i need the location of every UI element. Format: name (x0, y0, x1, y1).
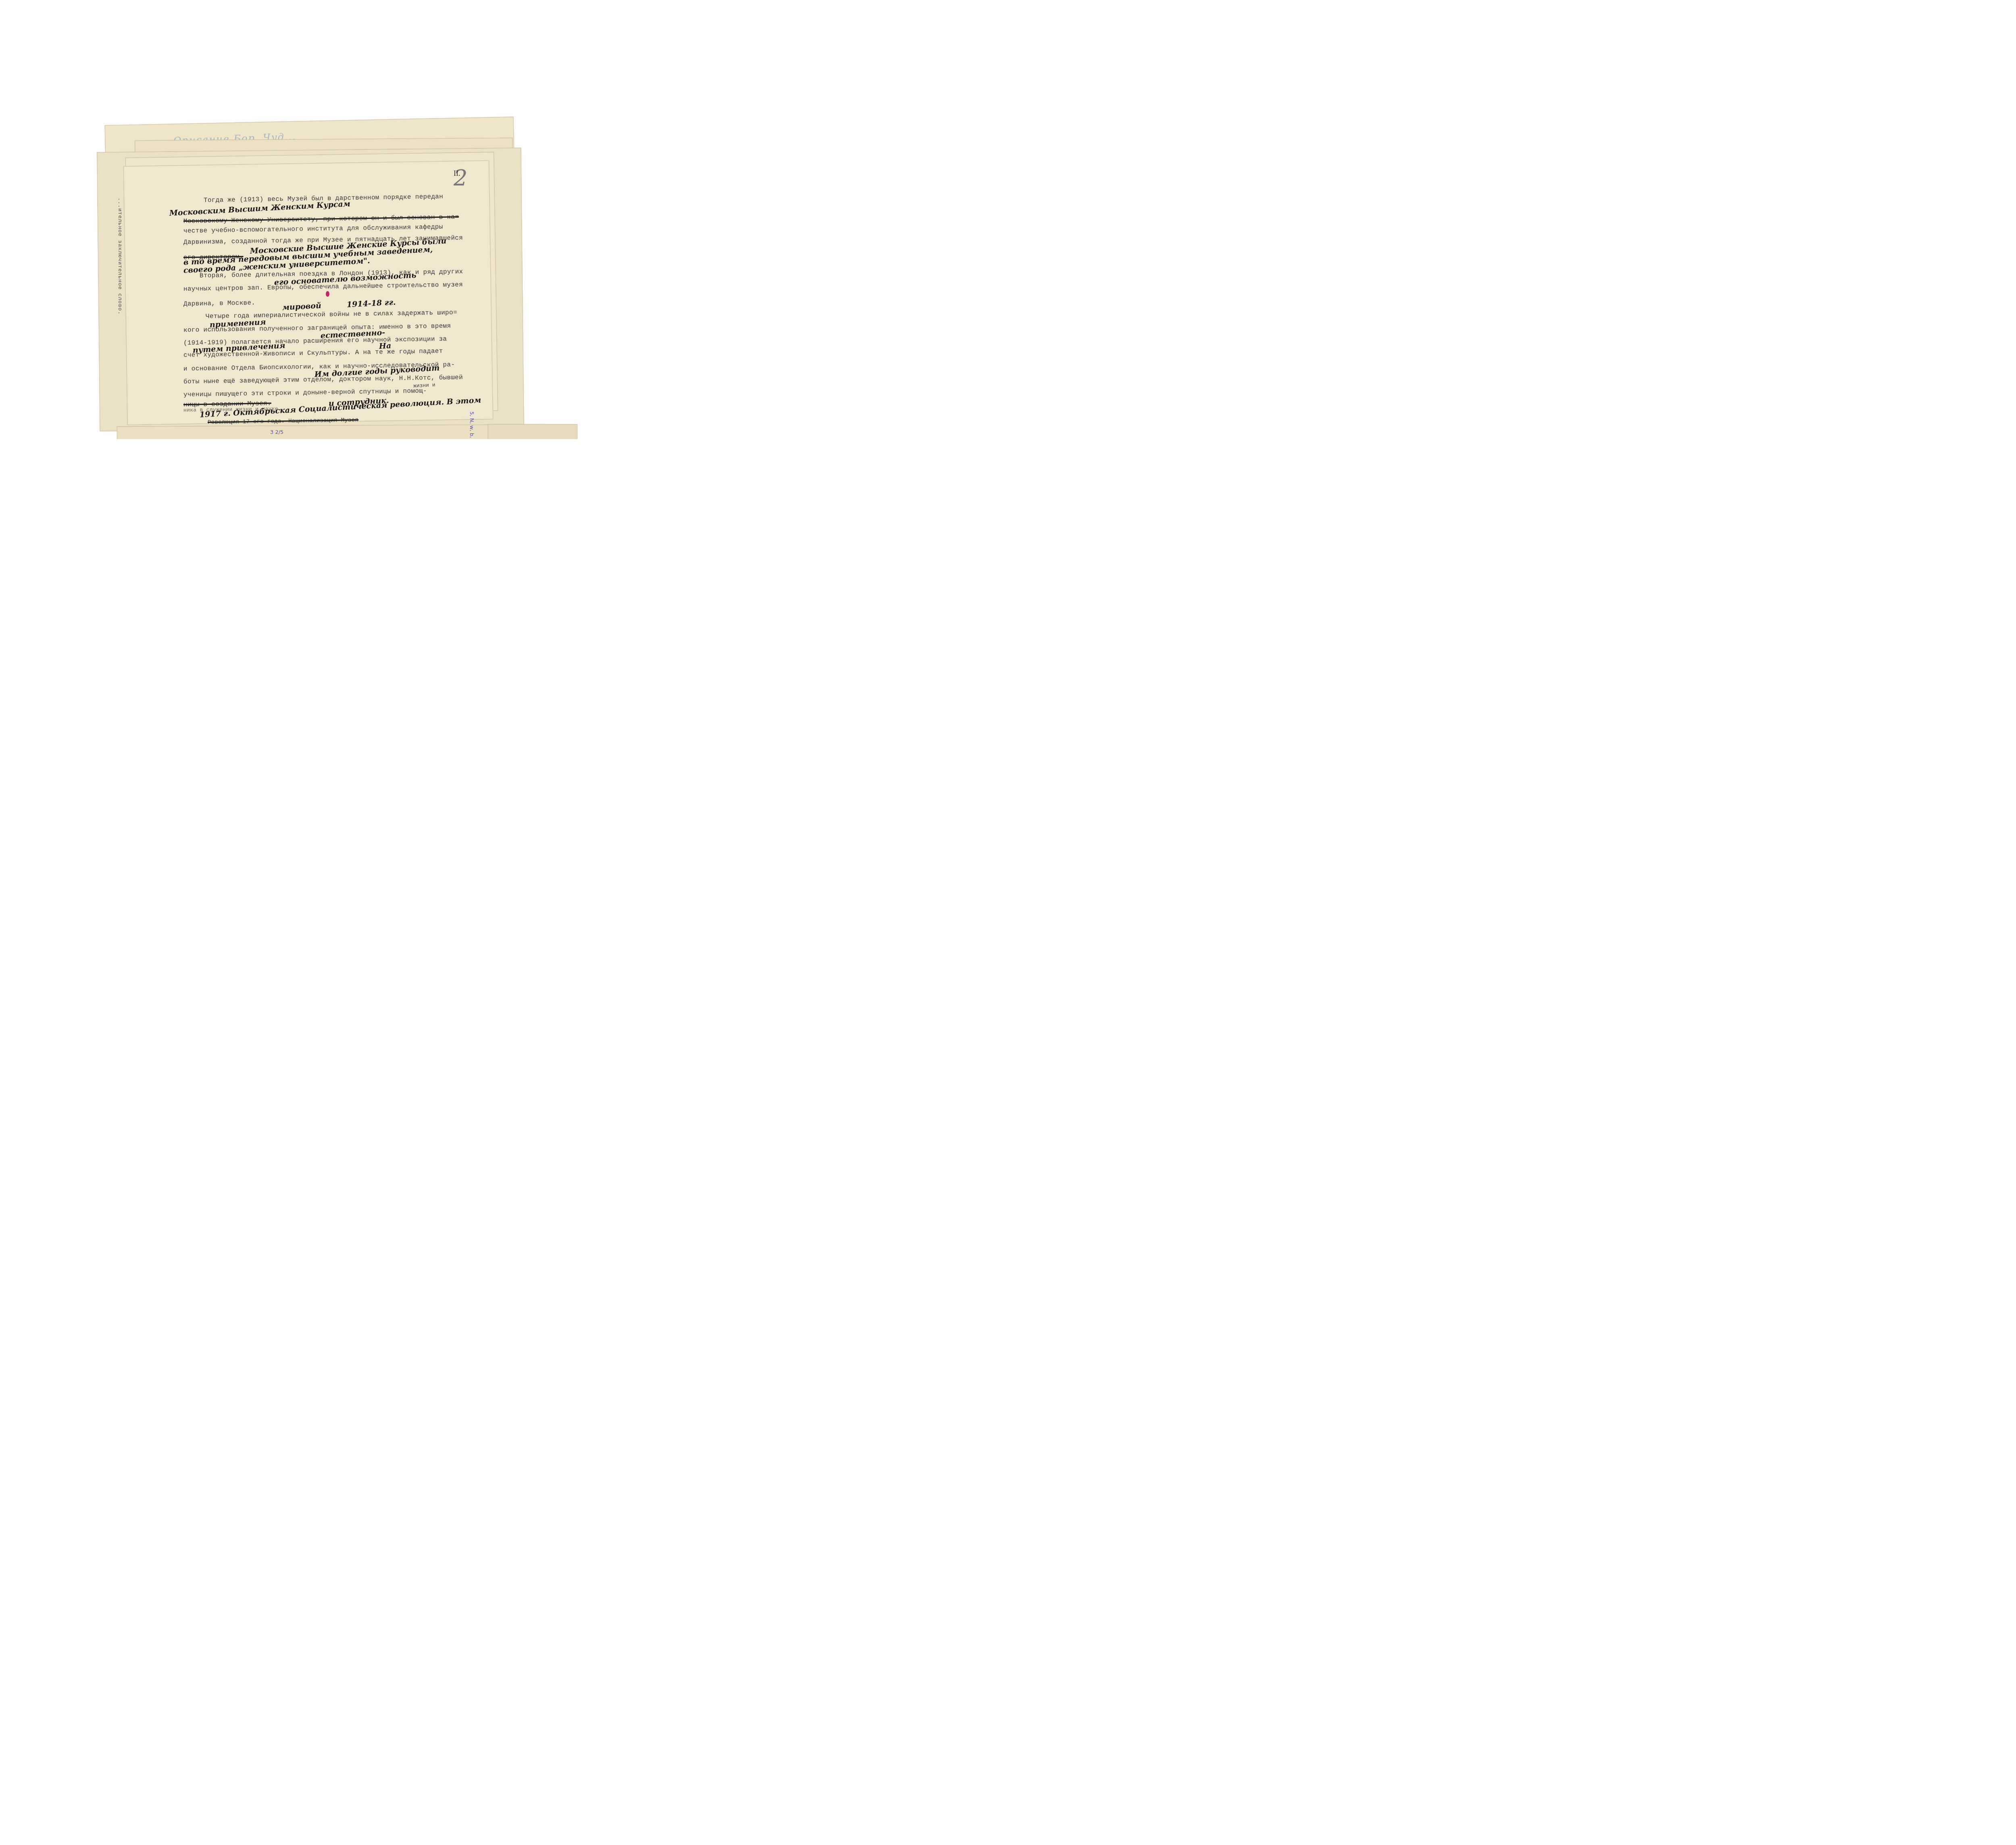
scanned-archive-page: Описание Бор. Чуд... ...ительное заключи… (0, 0, 632, 439)
margin-blue-mark: 3 2/5 (270, 429, 283, 435)
bottom-sheet-right (488, 424, 577, 439)
page-number-typed: II. (454, 169, 460, 178)
bottom-sheet (117, 424, 545, 439)
vertical-margin-text: ...ительное заключительное слово. (117, 198, 123, 314)
ink-blot (326, 291, 329, 297)
margin-blue-mark: 5, N, w, b, n (469, 411, 475, 439)
